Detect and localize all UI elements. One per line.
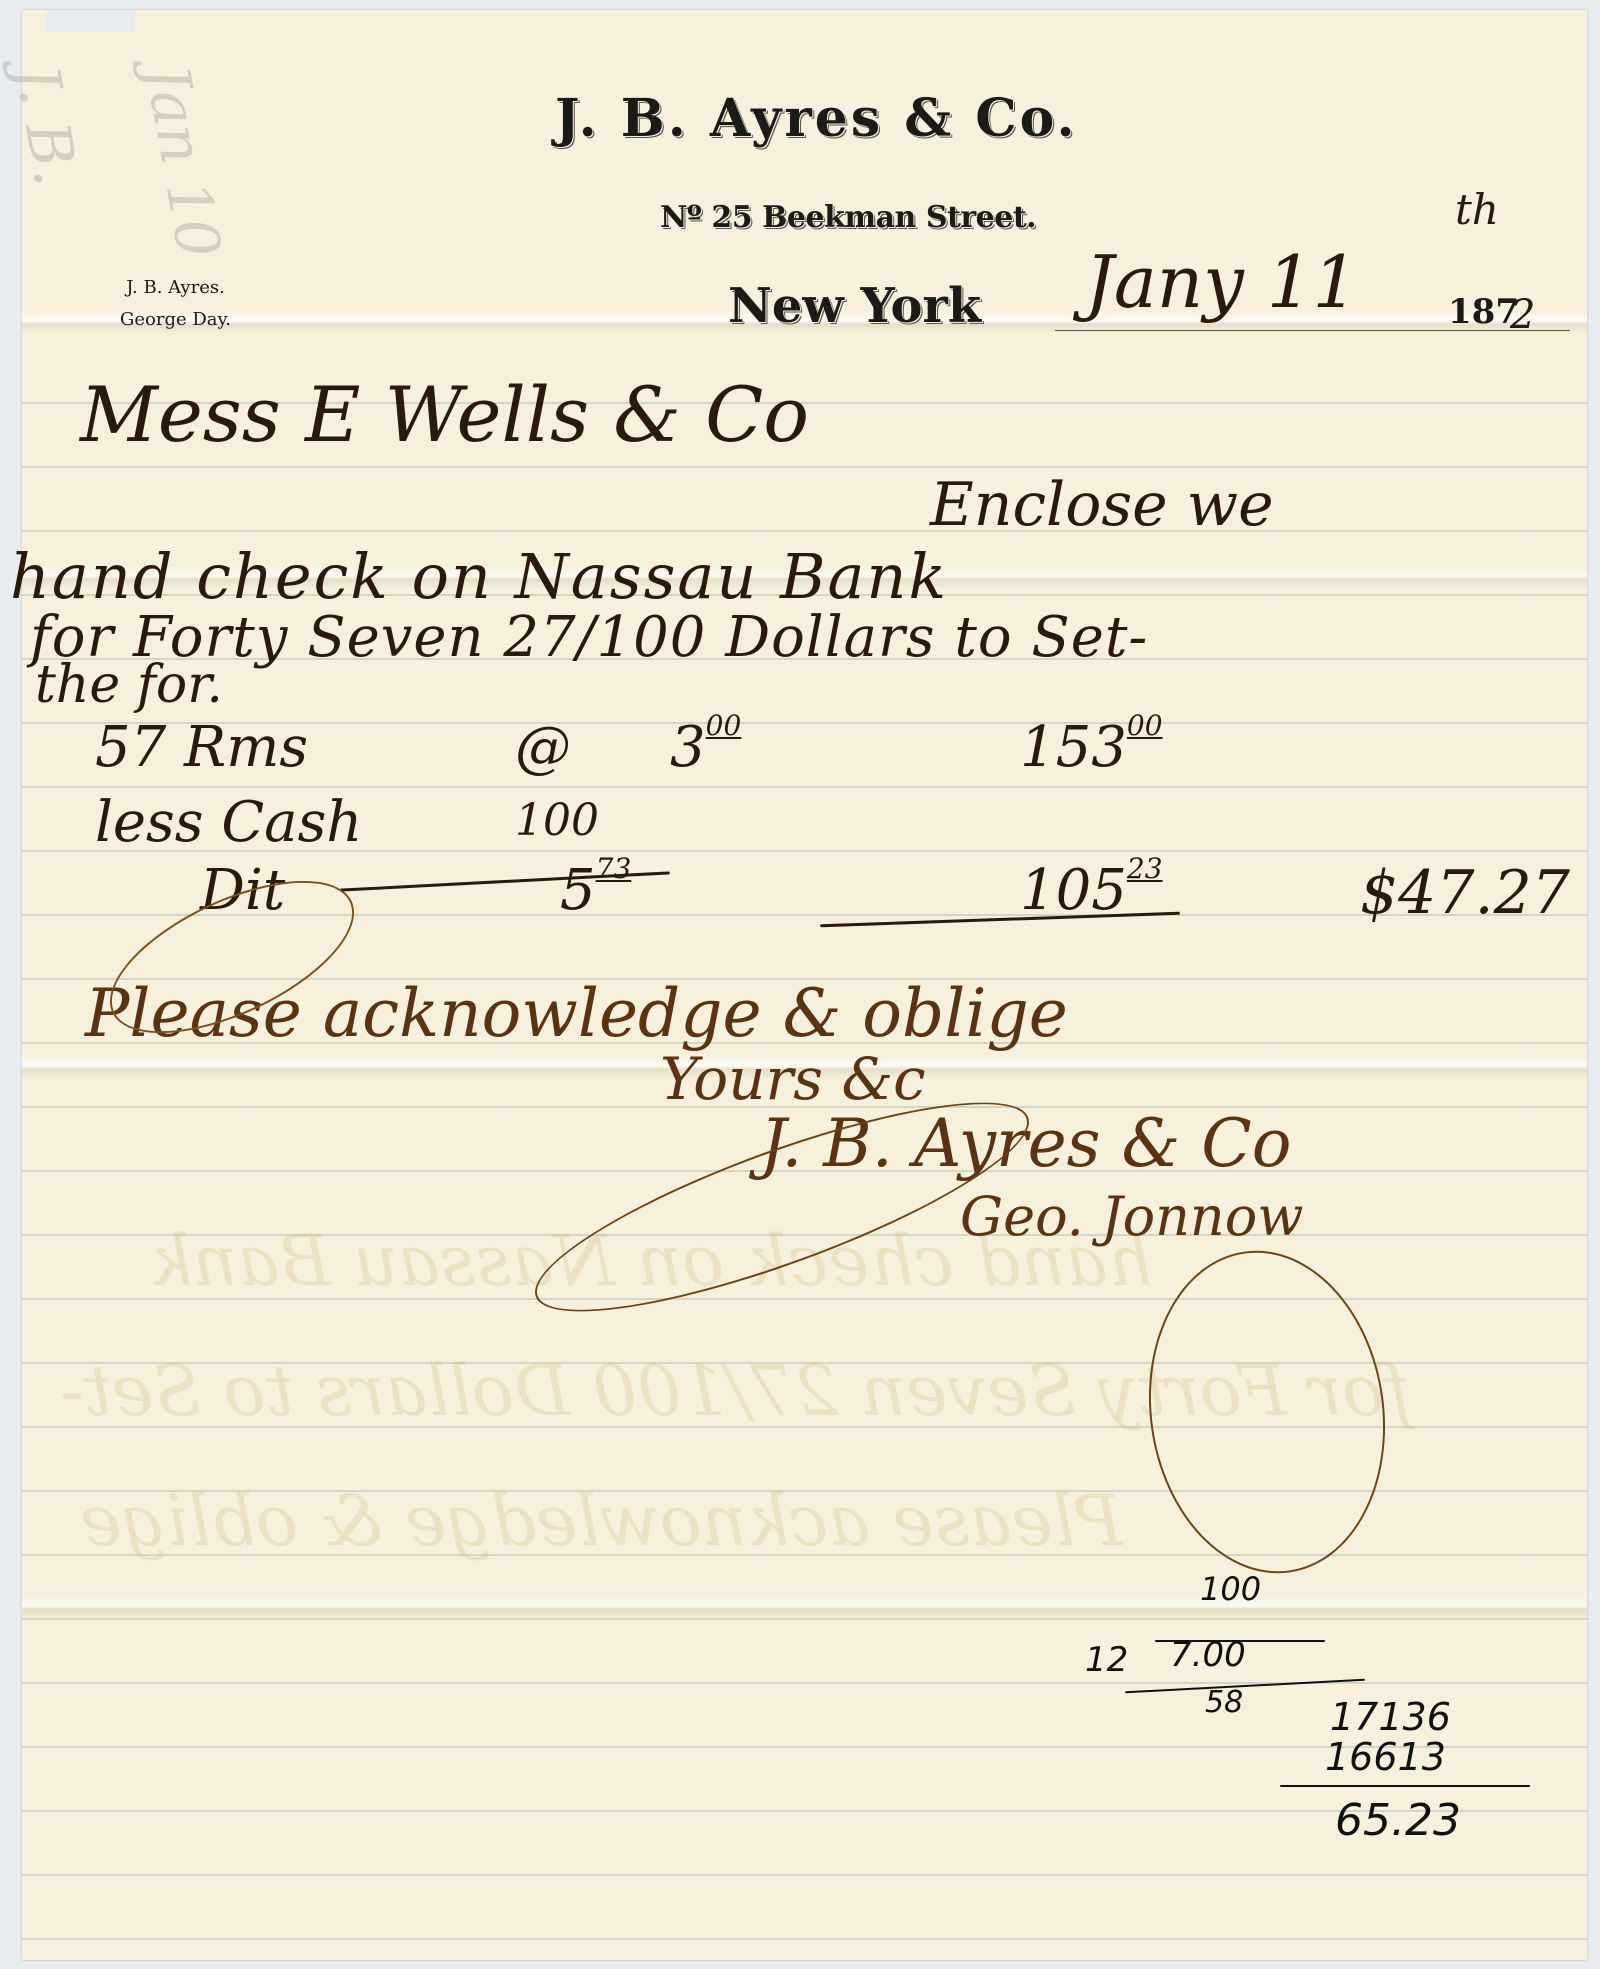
less-cash-value: 100	[515, 795, 599, 846]
item-rate: 300	[670, 715, 741, 780]
dit-value: 573	[560, 858, 631, 923]
date-handwritten: Jany 11	[1085, 240, 1358, 324]
item-amount: 15300	[1020, 715, 1163, 780]
total-amount: $47.27	[1360, 858, 1570, 928]
body-line: hand check on Nassau Bank	[10, 540, 948, 613]
calc-divisor: 12	[1085, 1640, 1128, 1680]
calc-sum-line: 17136	[1330, 1695, 1451, 1739]
complimentary-close: Yours &c	[660, 1045, 926, 1113]
calc-sum-line: 16613	[1325, 1735, 1446, 1779]
calc-remainder: 58	[1205, 1685, 1243, 1720]
salutation: Mess E Wells & Co	[80, 370, 809, 459]
date-suffix: th	[1455, 185, 1499, 234]
partner-list: J. B. Ayres. George Day.	[120, 272, 231, 336]
partner-name: George Day.	[120, 304, 231, 336]
at-sign: @	[515, 715, 571, 780]
calc-quotient: 100	[1200, 1570, 1261, 1608]
partner-name: J. B. Ayres.	[120, 272, 231, 304]
body-line: the for.	[35, 655, 223, 715]
item-label: 57 Rms	[95, 715, 308, 780]
printed-year: 187	[1448, 292, 1519, 332]
body-line: Enclose we	[930, 470, 1274, 540]
company-name: J. B. Ayres & Co.	[555, 88, 1078, 149]
ink-bleed-through: Please acknowledge & oblige	[80, 1480, 1122, 1562]
torn-corner	[45, 10, 135, 32]
city-name: New York	[728, 278, 981, 334]
calc-rule	[1155, 1640, 1325, 1642]
company-address: Nº 25 Beekman Street.	[660, 200, 1036, 235]
calc-result: 65.23	[1335, 1795, 1461, 1846]
paper-fold	[22, 1595, 1587, 1619]
calc-rule	[1280, 1785, 1530, 1787]
year-last-digit: 2	[1510, 292, 1535, 338]
signature-name: Geo. Jonnow	[960, 1185, 1303, 1248]
less-cash-label: less Cash	[95, 790, 362, 855]
